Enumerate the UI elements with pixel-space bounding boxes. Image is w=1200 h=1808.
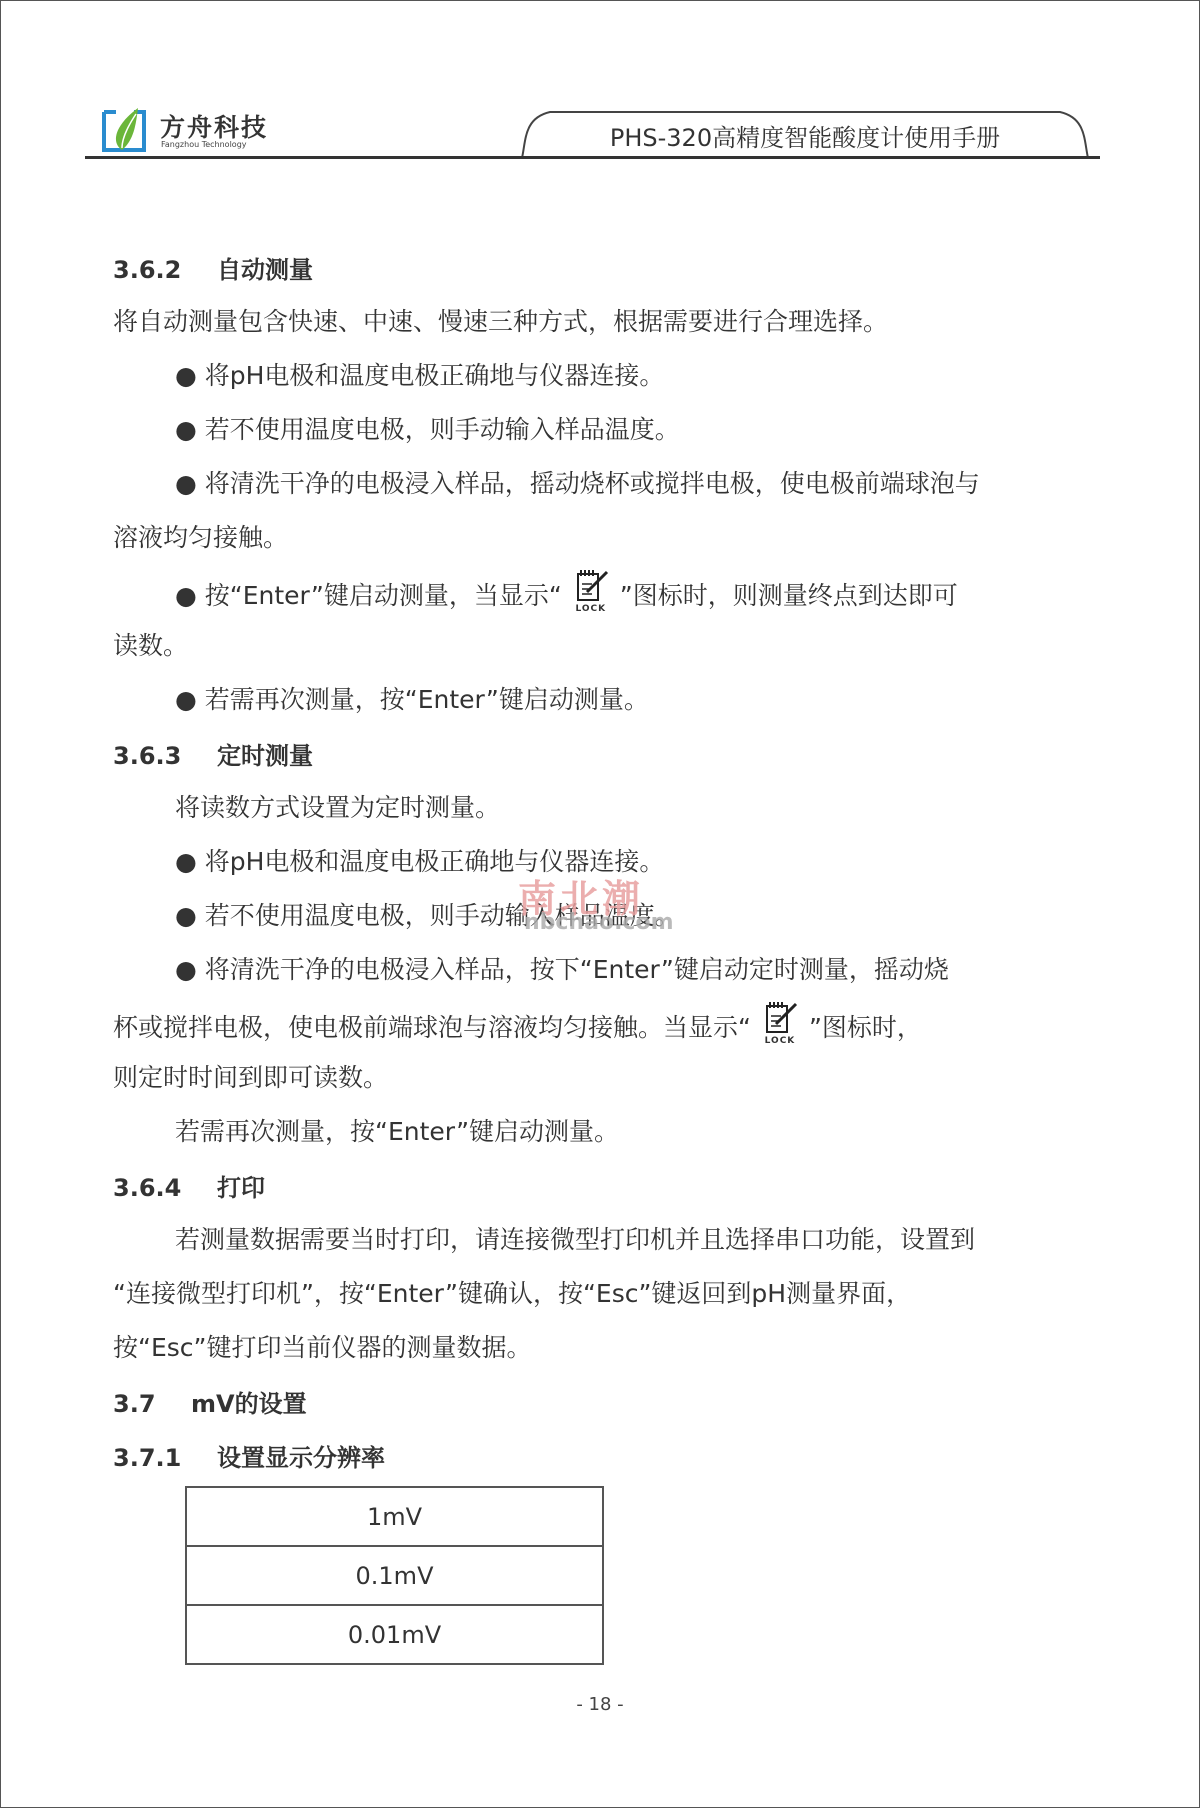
lock-icon: LOCK: [568, 568, 614, 618]
company-name-en: Fangzhou Technology: [161, 140, 247, 149]
bullet-item: ● 按“Enter”键启动测量，当显示“ LOCK ”图标时，则测量终点到达即可: [175, 572, 958, 622]
text-segment: ”图标时，: [809, 1013, 922, 1042]
header-rule: [85, 156, 1100, 159]
text-segment: ● 按“Enter”键启动测量，当显示“: [175, 581, 562, 610]
heading-title: 定时测量: [217, 742, 313, 770]
watermark-en: nbchao.com: [524, 910, 674, 935]
paragraph: 将自动测量包含快速、中速、慢速三种方式，根据需要进行合理选择。: [113, 302, 888, 338]
heading-3-7-1: 3.7.1设置显示分辨率: [113, 1438, 385, 1473]
text-segment: ”图标时，则测量终点到达即可: [620, 581, 958, 610]
bullet-item: ● 将清洗干净的电极浸入样品，按下“Enter”键启动定时测量，摇动烧: [175, 950, 949, 986]
paragraph-continuation: “连接微型打印机”，按“Enter”键确认，按“Esc”键返回到pH测量界面，: [113, 1274, 911, 1310]
heading-3-7: 3.7mV的设置: [113, 1384, 307, 1419]
lock-label: LOCK: [757, 1036, 803, 1046]
heading-title: 打印: [217, 1174, 265, 1202]
paragraph-continuation: 杯或搅拌电极，使电极前端球泡与溶液均匀接触。当显示“ LOCK ”图标时，: [113, 1004, 922, 1054]
bullet-item: ● 将清洗干净的电极浸入样品，摇动烧杯或搅拌电极，使电极前端球泡与: [175, 464, 980, 500]
paragraph-continuation: 按“Esc”键打印当前仪器的测量数据。: [113, 1328, 531, 1364]
table-cell: 1mV: [186, 1487, 603, 1546]
resolution-options-table: 1mV 0.1mV 0.01mV: [185, 1486, 604, 1665]
text-segment: 杯或搅拌电极，使电极前端球泡与溶液均匀接触。当显示“: [113, 1013, 751, 1042]
heading-number: 3.6.4: [113, 1174, 217, 1202]
paragraph: 若需再次测量，按“Enter”键启动测量。: [175, 1112, 619, 1148]
paragraph-continuation: 读数。: [113, 626, 188, 662]
company-logo-icon: [100, 104, 150, 154]
bullet-item: ● 将pH电极和温度电极正确地与仪器连接。: [175, 356, 664, 392]
paragraph: 若测量数据需要当时打印，请连接微型打印机并且选择串口功能，设置到: [175, 1220, 975, 1256]
paragraph: 将读数方式设置为定时测量。: [175, 788, 500, 824]
heading-number: 3.6.3: [113, 742, 217, 770]
table-cell: 0.1mV: [186, 1546, 603, 1605]
company-name-cn: 方舟科技: [160, 108, 268, 144]
lock-icon: LOCK: [757, 1000, 803, 1050]
heading-number: 3.6.2: [113, 256, 217, 284]
heading-3-6-2: 3.6.2自动测量: [113, 250, 313, 285]
manual-title: PHS-320高精度智能酸度计使用手册: [520, 118, 1090, 153]
paragraph-continuation: 则定时时间到即可读数。: [113, 1058, 388, 1094]
heading-title: 自动测量: [217, 256, 313, 284]
table-row: 0.01mV: [186, 1605, 603, 1664]
page-number: - 18 -: [0, 1694, 1200, 1715]
heading-number: 3.7: [113, 1390, 191, 1418]
paragraph-continuation: 溶液均匀接触。: [113, 518, 288, 554]
heading-number: 3.7.1: [113, 1444, 217, 1472]
table-cell: 0.01mV: [186, 1605, 603, 1664]
lock-label: LOCK: [568, 604, 614, 614]
bullet-item: ● 若需再次测量，按“Enter”键启动测量。: [175, 680, 649, 716]
bullet-item: ● 若不使用温度电极，则手动输入样品温度。: [175, 410, 680, 446]
heading-title: 设置显示分辨率: [217, 1444, 385, 1472]
table-row: 1mV: [186, 1487, 603, 1546]
heading-3-6-3: 3.6.3定时测量: [113, 736, 313, 771]
heading-title: mV的设置: [191, 1390, 307, 1418]
table-row: 0.1mV: [186, 1546, 603, 1605]
heading-3-6-4: 3.6.4打印: [113, 1168, 265, 1203]
